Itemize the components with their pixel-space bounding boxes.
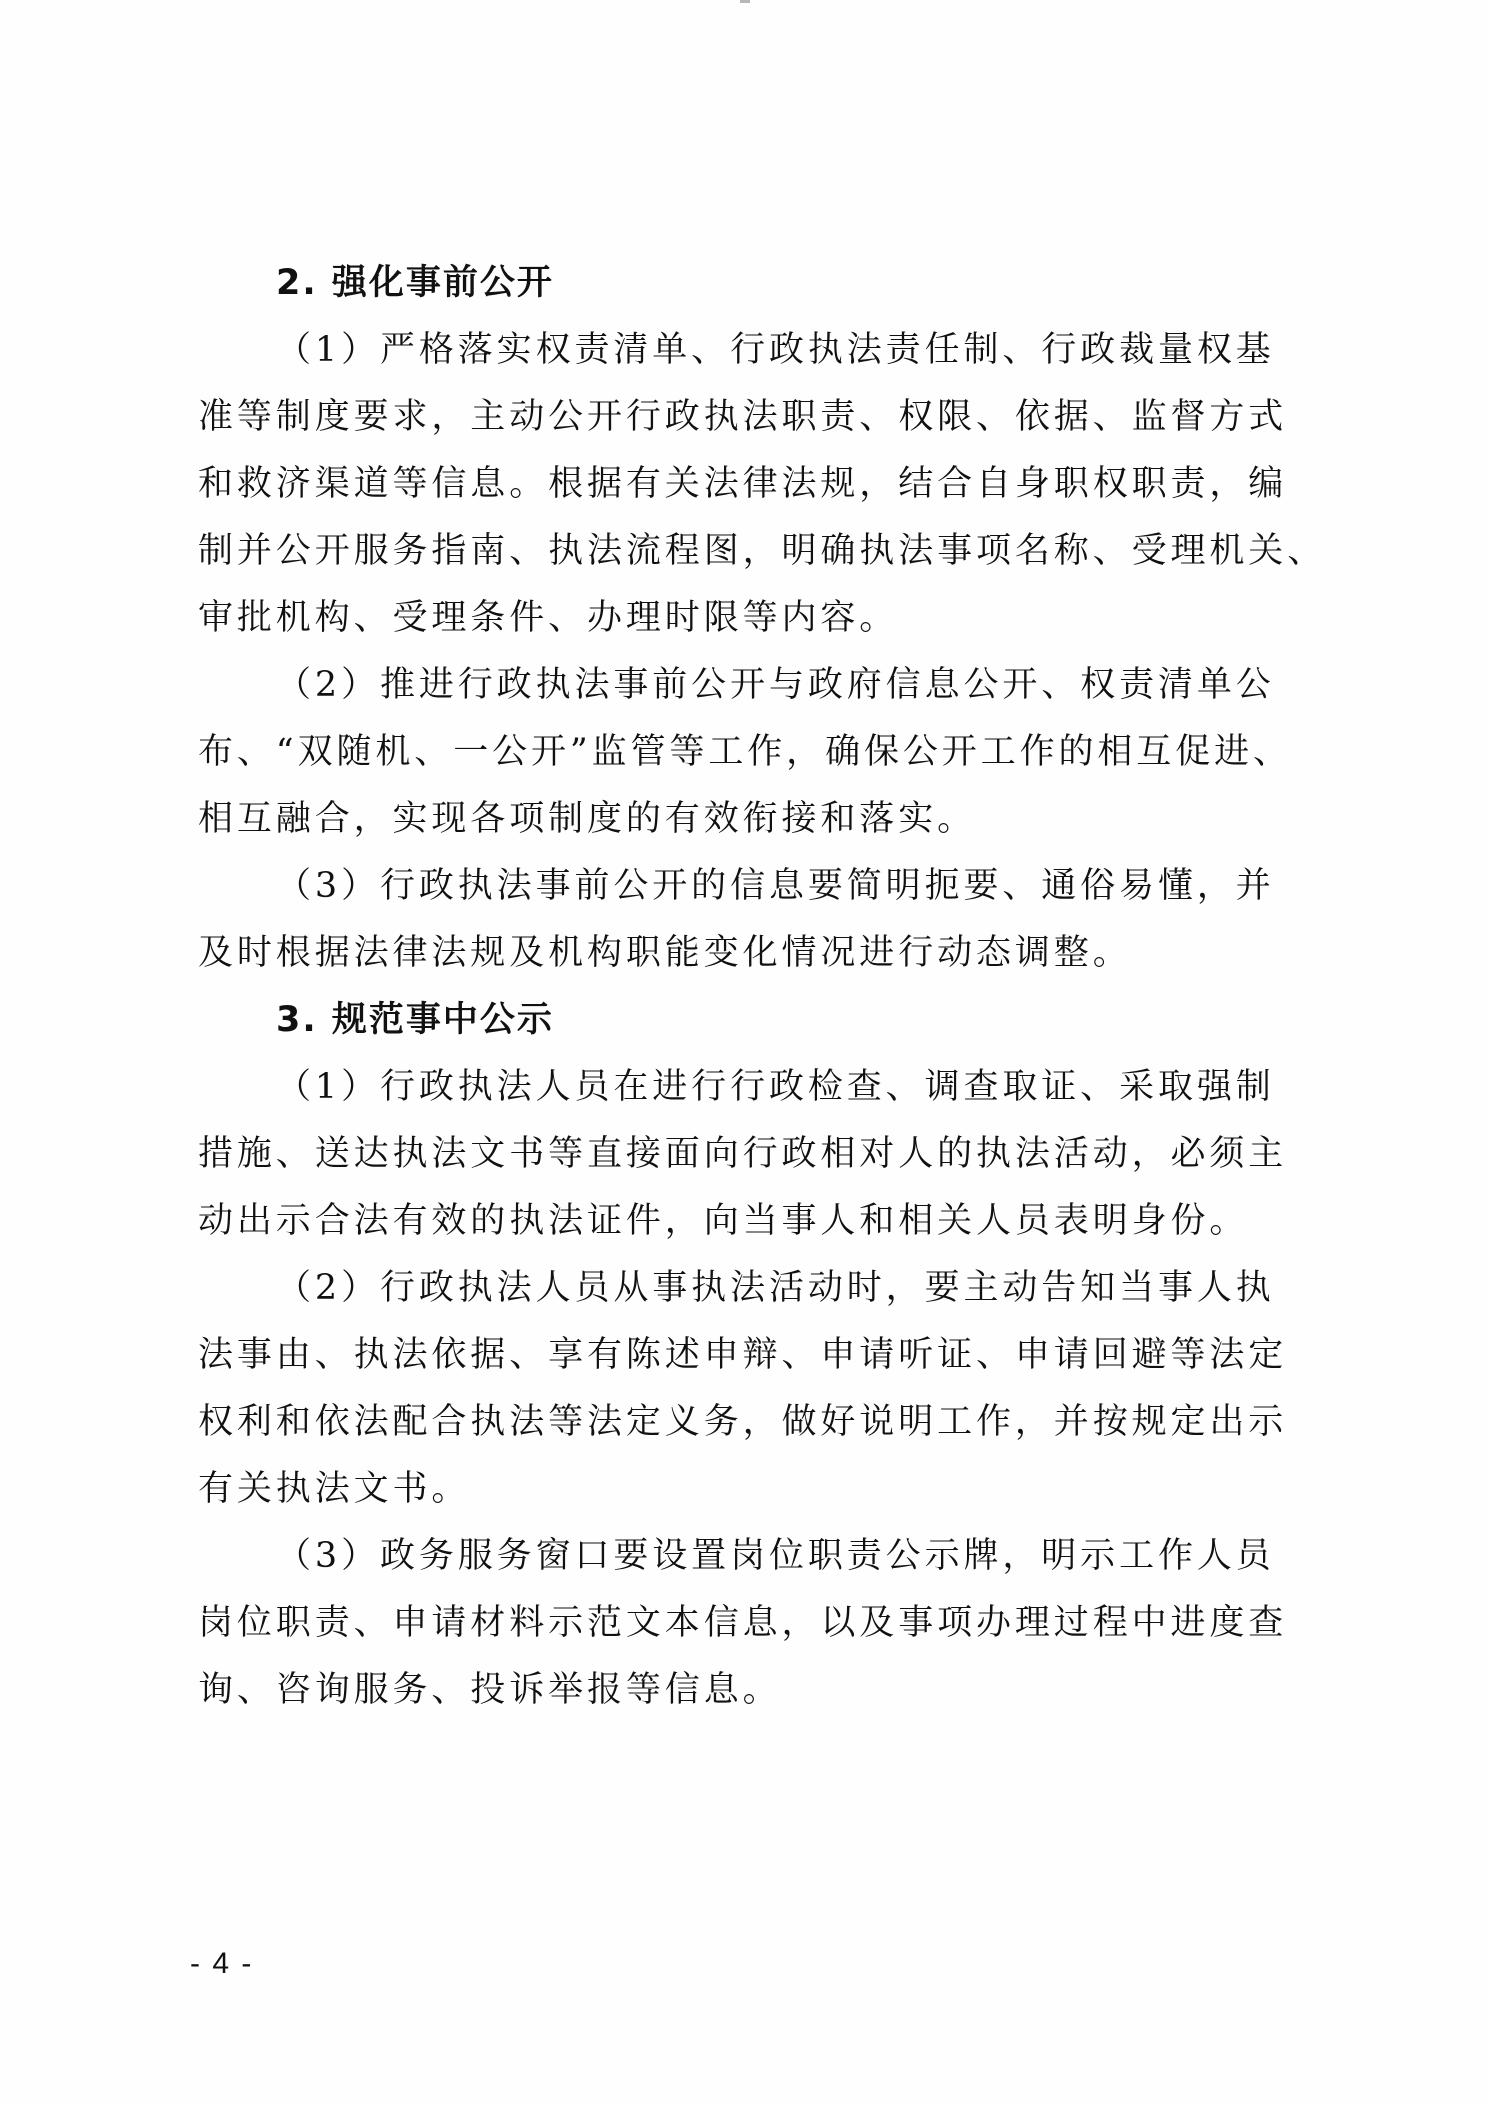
paragraph-line: 权利和依法配合执法等法定义务，做好说明工作，并按规定出示 [198, 1400, 1287, 1444]
page-number: - 4 - [190, 1947, 253, 1981]
paragraph-line: 制并公开服务指南、执法流程图，明确执法事项名称、受理机关、 [198, 529, 1326, 573]
paragraph-line: （2）行政执法人员从事执法活动时，要主动告知当事人执 [276, 1266, 1275, 1310]
paragraph-line: 和救济渠道等信息。根据有关法律法规，结合自身职权职责，编 [198, 462, 1287, 506]
paragraph-line: 询、咨询服务、投诉举报等信息。 [198, 1668, 782, 1712]
paragraph-line: （1）行政执法人员在进行行政检查、调查取证、采取强制 [276, 1065, 1275, 1109]
paragraph-line: 有关执法文书。 [198, 1467, 470, 1511]
paragraph-line: 动出示合法有效的执法证件，向当事人和相关人员表明身份。 [198, 1199, 1248, 1243]
section-heading: 2. 强化事前公开 [276, 261, 554, 305]
paragraph-line: （2）推进行政执法事前公开与政府信息公开、权责清单公 [276, 663, 1275, 707]
paragraph-line: 及时根据法律法规及机构职能变化情况进行动态调整。 [198, 931, 1132, 975]
document-page: 2. 强化事前公开 （1）严格落实权责清单、行政执法责任制、行政裁量权基 准等制… [0, 0, 1487, 2102]
paragraph-line: 岗位职责、申请材料示范文本信息，以及事项办理过程中进度查 [198, 1601, 1287, 1645]
paragraph-line: （1）严格落实权责清单、行政执法责任制、行政裁量权基 [276, 328, 1275, 372]
scan-artifact [740, 0, 750, 3]
paragraph-line: （3）行政执法事前公开的信息要简明扼要、通俗易懂，并 [276, 864, 1275, 908]
paragraph-line: 审批机构、受理条件、办理时限等内容。 [198, 596, 898, 640]
paragraph-line: （3）政务服务窗口要设置岗位职责公示牌，明示工作人员 [276, 1534, 1275, 1578]
section-heading: 3. 规范事中公示 [276, 998, 554, 1042]
paragraph-line: 准等制度要求，主动公开行政执法职责、权限、依据、监督方式 [198, 395, 1287, 439]
paragraph-line: 相互融合，实现各项制度的有效衔接和落实。 [198, 797, 976, 841]
paragraph-line: 法事由、执法依据、享有陈述申辩、申请听证、申请回避等法定 [198, 1333, 1287, 1377]
paragraph-line: 措施、送达执法文书等直接面向行政相对人的执法活动，必须主 [198, 1132, 1287, 1176]
paragraph-line: 布、“双随机、一公开”监管等工作，确保公开工作的相互促进、 [198, 730, 1292, 774]
